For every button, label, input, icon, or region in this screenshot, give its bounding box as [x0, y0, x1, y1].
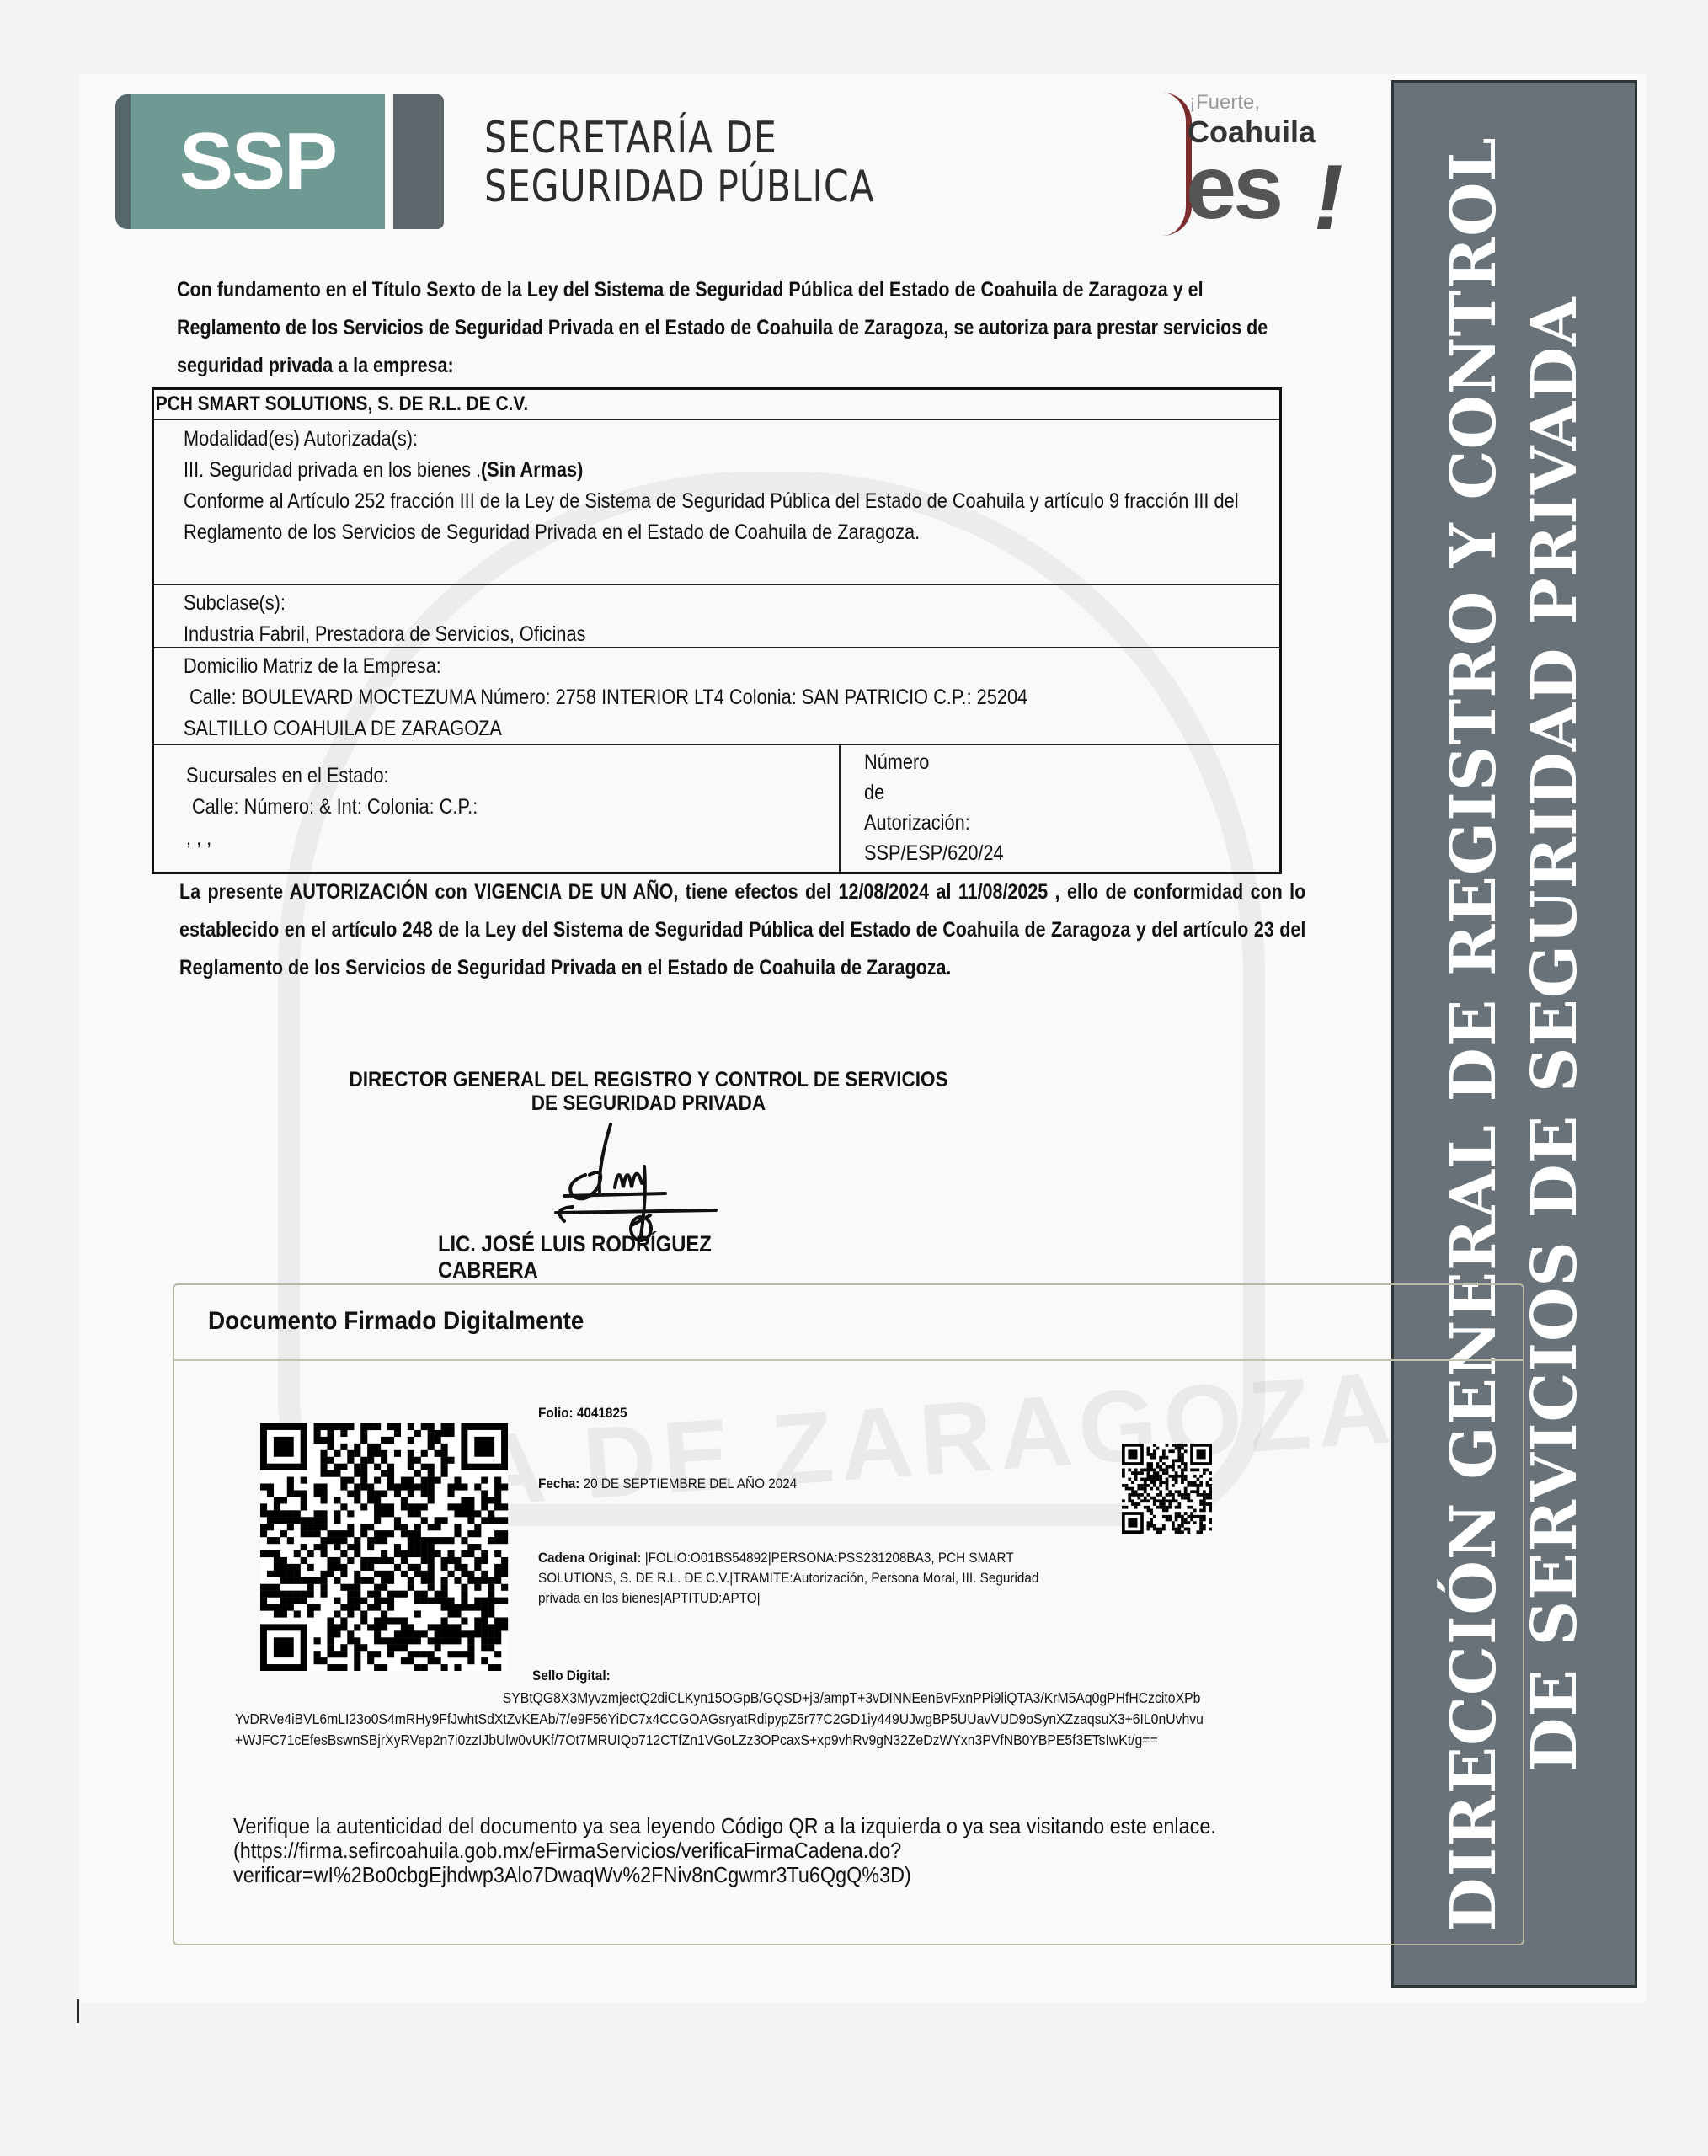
ssp-logo: SSP [115, 94, 385, 229]
domicilio-row: Domicilio Matriz de la Empresa: Calle: B… [154, 648, 1279, 745]
authorization-table: PCH SMART SOLUTIONS, S. DE R.L. DE C.V. … [152, 387, 1282, 874]
modalidad-row: Modalidad(es) Autorizada(s): III. Seguri… [154, 420, 1279, 585]
coahuila-logo: ¡Fuerte, Coahuila es ! [1154, 84, 1356, 253]
intro-paragraph: Con fundamento en el Título Sexto de la … [177, 271, 1303, 385]
vigencia-paragraph: La presente AUTORIZACIÓN con VIGENCIA DE… [179, 873, 1305, 987]
folio: Folio: 4041825 [538, 1403, 627, 1423]
verify-link-text[interactable]: Verifique la autenticidad del documento … [233, 1814, 1219, 1887]
sello-digital-label: Sello Digital: [532, 1666, 611, 1686]
subclase-row: Subclase(s): Industria Fabril, Prestador… [154, 585, 1279, 648]
cadena-original: Cadena Original: |FOLIO:O01BS54892|PERSO… [538, 1548, 1069, 1609]
ssp-logo-bar [393, 94, 444, 229]
company-name: PCH SMART SOLUTIONS, S. DE R.L. DE C.V. [154, 390, 1255, 419]
domicilio-city: SALTILLO COAHUILA DE ZARAGOZA [184, 713, 1283, 744]
qr-code-icon[interactable] [257, 1423, 511, 1671]
digital-signature-box: Documento Firmado Digitalmente Folio: 40… [173, 1283, 1524, 1945]
scan-mark [77, 1999, 79, 2023]
fecha: Fecha: 20 DE SEPTIEMBRE DEL AÑO 2024 [538, 1474, 797, 1494]
digital-signature-title: Documento Firmado Digitalmente [208, 1307, 584, 1336]
sucursales-cell: Sucursales en el Estado: Calle: Número: … [154, 745, 841, 872]
director-title: DIRECTOR GENERAL DEL REGISTRO Y CONTROL … [323, 1068, 974, 1115]
signer-name: LIC. JOSÉ LUIS RODRÍGUEZ CABRERA [438, 1231, 809, 1283]
numero-autorizacion-value: SSP/ESP/620/24 [864, 838, 1157, 868]
ssp-title: SECRETARÍA DE SEGURIDAD PÚBLICA [484, 114, 874, 211]
modalidad-item: III. Seguridad privada en los bienes .(S… [184, 455, 1283, 486]
domicilio-street: Calle: BOULEVARD MOCTEZUMA Número: 2758 … [184, 682, 1289, 713]
sello-digital-value: SYBtQG8X3MyvzmjectQ2diCLKyn15OGpB/GQSD+j… [235, 1688, 1205, 1751]
sucursales-row: Sucursales en el Estado: Calle: Número: … [154, 745, 1279, 872]
modalidad-basis: Conforme al Artículo 252 fracción III de… [184, 486, 1275, 548]
small-qr-code-icon[interactable] [1122, 1444, 1212, 1534]
handwritten-signature-icon [539, 1116, 741, 1242]
ssp-logo-text: SSP [179, 115, 336, 208]
company-row: PCH SMART SOLUTIONS, S. DE R.L. DE C.V. [154, 390, 1279, 420]
subclase-value: Industria Fabril, Prestadora de Servicio… [184, 619, 1283, 650]
